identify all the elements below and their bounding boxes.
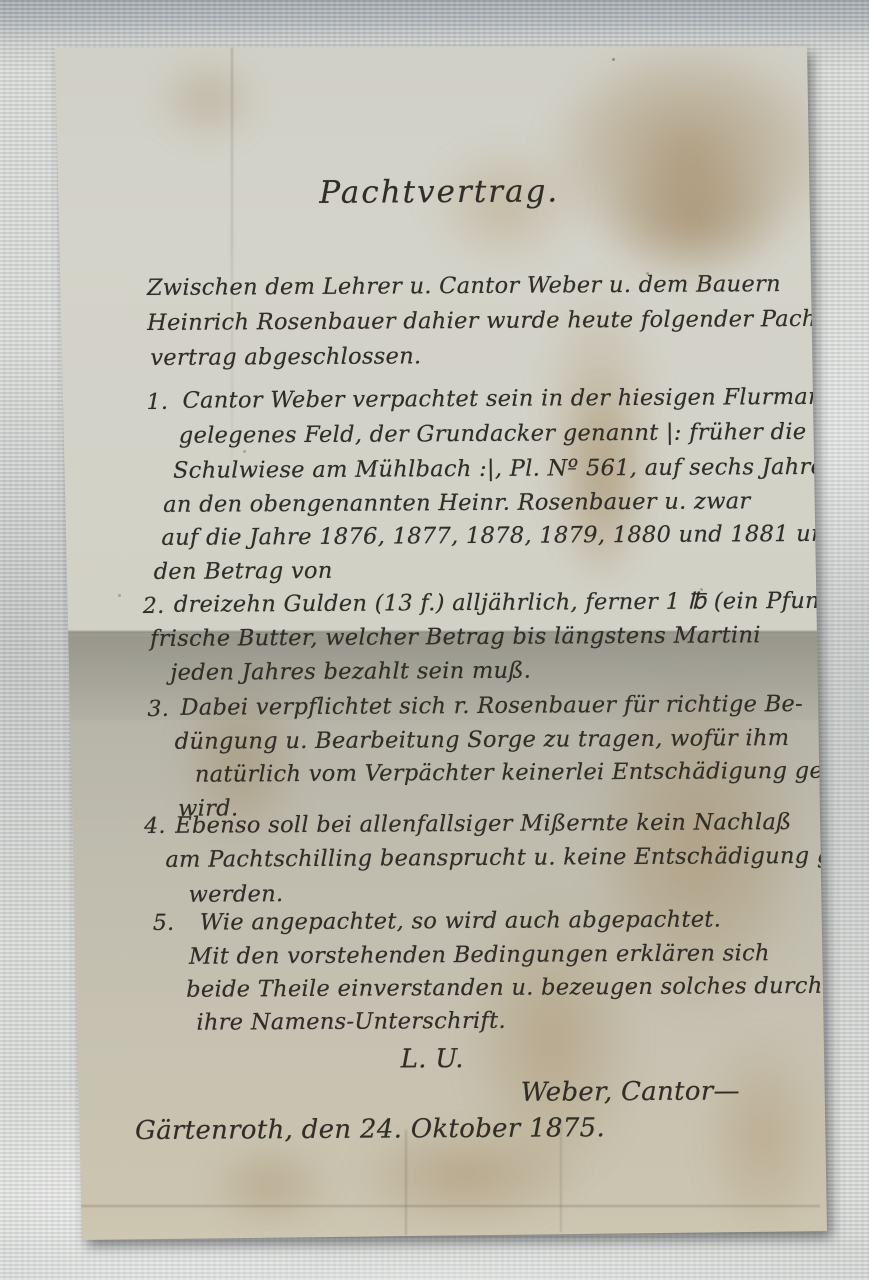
foxing-specks: [0, 20, 3, 23]
item-1-line-4: an den obengenannten Heinr. Rosenbauer u…: [163, 488, 750, 518]
item-3-line-3: natürlich vom Verpächter keinerlei Entsc…: [195, 757, 869, 787]
handwriting-layer: Pachtvertrag. Zwischen dem Lehrer u. Can…: [0, 0, 869, 1280]
item-4-line-1: Ebenso soll bei allenfallsiger Mißernte …: [175, 809, 791, 839]
item-1-line-5: auf die Jahre 1876, 1877, 1878, 1879, 18…: [161, 521, 832, 551]
item-5-number: 5.: [153, 911, 175, 936]
item-5-line-4: ihre Namens-Unterschrift.: [196, 1008, 506, 1036]
item-3-line-1: Dabei verpflichtet sich r. Rosenbauer fü…: [180, 691, 803, 721]
document-title: Pachtvertrag.: [319, 173, 559, 210]
item-4-line-2: am Pachtschilling beansprucht u. keine E…: [165, 842, 869, 873]
item-4-number: 4.: [144, 814, 166, 839]
item-2-line-3: jeden Jahres bezahlt sein muß.: [170, 658, 531, 686]
photo-scene: Pachtvertrag. Zwischen dem Lehrer u. Can…: [0, 0, 869, 1280]
signature-weber-cantor: Weber, Cantor—: [521, 1076, 740, 1107]
intro-line-2: Heinrich Rosenbauer dahier wurde heute f…: [147, 306, 834, 336]
item-2-line-2: frische Butter, welcher Betrag bis längs…: [150, 622, 761, 652]
item-1-number: 1.: [147, 390, 169, 415]
item-5-line-2: Mit den vorstehenden Bedingungen erkläre…: [189, 940, 770, 970]
item-3-number: 3.: [147, 697, 169, 722]
item-4-line-3: werden.: [189, 881, 284, 908]
intro-line-3: vertrag abgeschlossen.: [150, 343, 421, 371]
item-1-line-3: Schulwiese am Mühlbach :|, Pl. Nº 561, a…: [173, 454, 824, 484]
intro-line-1: Zwischen dem Lehrer u. Cantor Weber u. d…: [147, 271, 781, 301]
item-2-number: 2.: [143, 594, 165, 619]
item-1-line-6: den Betrag von: [154, 558, 333, 585]
item-1-line-1: Cantor Weber verpachtet sein in der hies…: [183, 383, 869, 413]
locus-mark: L. U.: [401, 1044, 464, 1074]
item-5-line-1: Wie angepachtet, so wird auch abgepachte…: [200, 906, 722, 935]
item-5-line-3: beide Theile einverstanden u. bezeugen s…: [186, 973, 823, 1003]
paper-sheet: Pachtvertrag. Zwischen dem Lehrer u. Can…: [0, 0, 869, 1280]
paper-document: Pachtvertrag. Zwischen dem Lehrer u. Can…: [0, 0, 869, 1280]
item-1-line-2: gelegenes Feld, der Grundacker genannt |…: [179, 418, 869, 448]
place-date-line: Gärtenroth, den 24. Oktober 1875.: [135, 1113, 605, 1146]
item-3-line-2: düngung u. Bearbeitung Sorge zu tragen, …: [175, 725, 790, 755]
item-2-line-1: dreizehn Gulden (13 f.) alljährlich, fer…: [174, 588, 844, 618]
